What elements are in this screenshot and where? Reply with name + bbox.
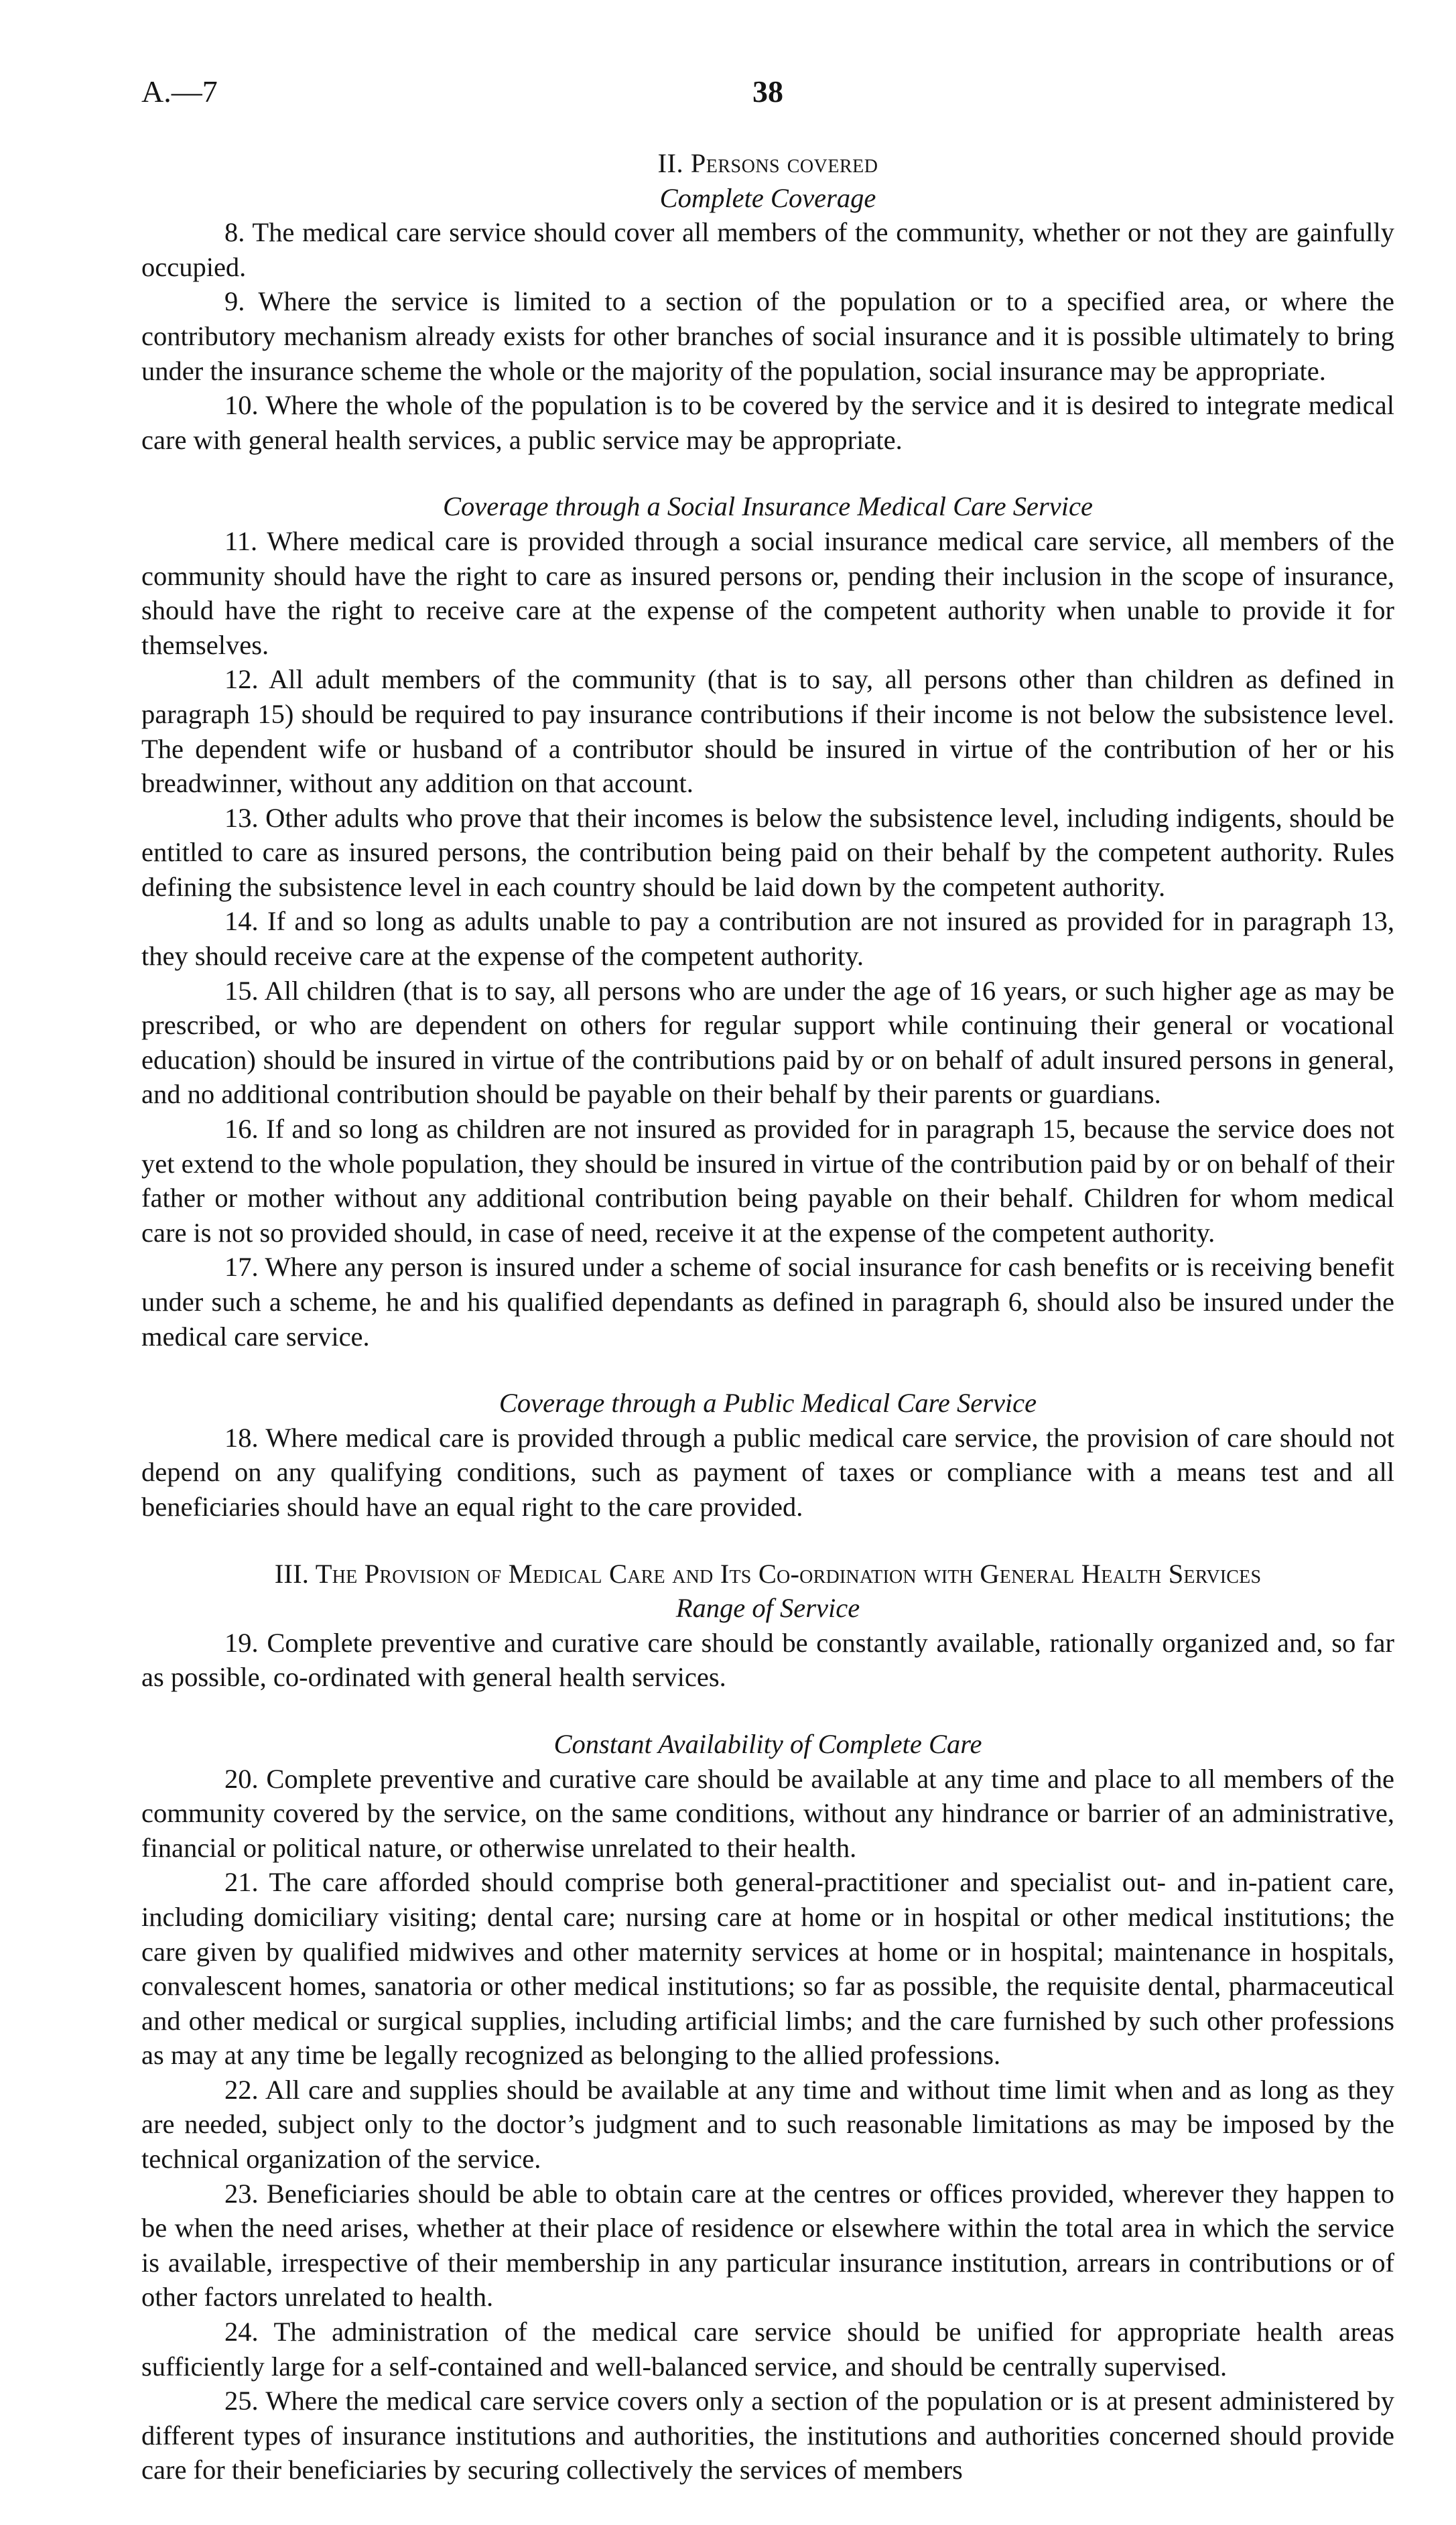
paragraph-9: 9. Where the service is limited to a sec… <box>141 284 1394 388</box>
subsection-heading: Range of Service <box>141 1591 1394 1626</box>
paragraph-12: 12. All adult members of the community (… <box>141 662 1394 800</box>
paragraph-11: 11. Where medical care is provided throu… <box>141 524 1394 662</box>
paragraph-14: 14. If and so long as adults unable to p… <box>141 904 1394 973</box>
spacer <box>141 1525 1394 1557</box>
paragraph-19: 19. Complete preventive and curative car… <box>141 1626 1394 1695</box>
paragraph-8: 8. The medical care service should cover… <box>141 215 1394 284</box>
paragraph-20: 20. Complete preventive and curative car… <box>141 1762 1394 1866</box>
paragraph-22: 22. All care and supplies should be avai… <box>141 2073 1394 2177</box>
spacer <box>141 457 1394 489</box>
page-number: 38 <box>141 74 1394 109</box>
paragraph-24: 24. The administration of the medical ca… <box>141 2315 1394 2384</box>
subsection-heading: Complete Coverage <box>141 181 1394 216</box>
paragraph-21: 21. The care afforded should comprise bo… <box>141 1865 1394 2073</box>
paragraph-17: 17. Where any person is insured under a … <box>141 1250 1394 1354</box>
subsection-heading: Constant Availability of Complete Care <box>141 1727 1394 1762</box>
subsection-heading: Coverage through a Public Medical Care S… <box>141 1386 1394 1421</box>
paragraph-13: 13. Other adults who prove that their in… <box>141 801 1394 905</box>
spacer <box>141 1695 1394 1727</box>
page-header: A.—7 38 <box>141 74 1394 114</box>
paragraph-16: 16. If and so long as children are not i… <box>141 1112 1394 1250</box>
document-body: II. Persons covered Complete Coverage 8.… <box>141 146 1394 2487</box>
paragraph-10: 10. Where the whole of the population is… <box>141 388 1394 457</box>
spacer <box>141 1354 1394 1386</box>
subsection-heading: Coverage through a Social Insurance Medi… <box>141 489 1394 524</box>
paragraph-25: 25. Where the medical care service cover… <box>141 2384 1394 2487</box>
section-title-ii: II. Persons covered <box>141 146 1394 181</box>
paragraph-15: 15. All children (that is to say, all pe… <box>141 974 1394 1112</box>
paragraph-23: 23. Beneficiaries should be able to obta… <box>141 2177 1394 2315</box>
paragraph-18: 18. Where medical care is provided throu… <box>141 1421 1394 1525</box>
section-title-iii: III. The Provision of Medical Care and I… <box>141 1557 1394 1592</box>
